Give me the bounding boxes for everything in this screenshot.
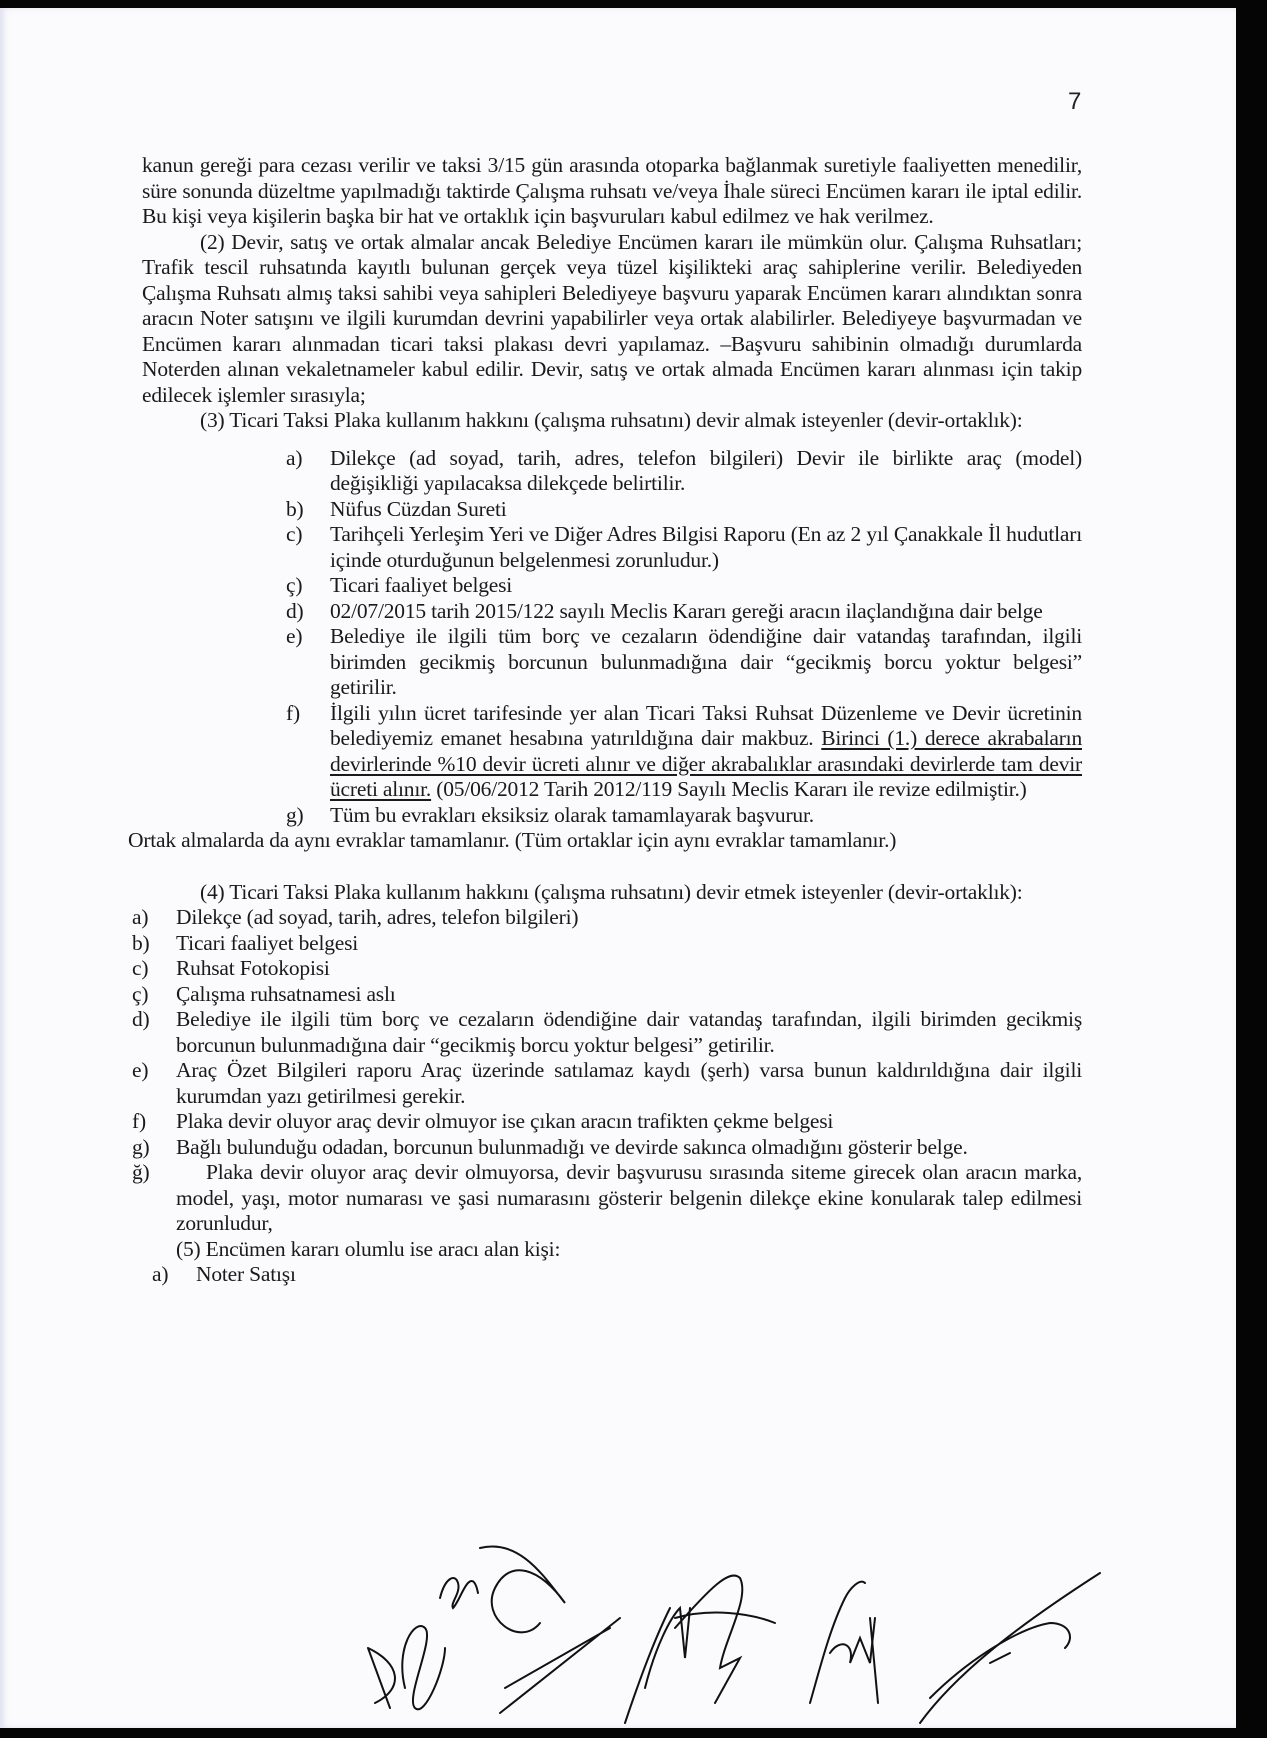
list-item: a)Dilekçe (ad soyad, tarih, adres, telef… xyxy=(286,446,1082,497)
section-3-list: a)Dilekçe (ad soyad, tarih, adres, telef… xyxy=(286,446,1082,829)
section-3-footer: Ortak almalarda da aynı evraklar tamamla… xyxy=(128,828,1082,854)
signature-2 xyxy=(625,1575,775,1723)
section-3-heading: (3) Ticari Taksi Plaka kullanım hakkını … xyxy=(142,408,1082,434)
list-item: f)Plaka devir oluyor araç devir olmuyor … xyxy=(132,1109,1082,1135)
document-page: 7 kanun gereği para cezası verilir ve ta… xyxy=(0,8,1236,1728)
section-5-list: a)Noter Satışı xyxy=(152,1262,1082,1288)
list-item: c)Tarihçeli Yerleşim Yeri ve Diğer Adres… xyxy=(286,522,1082,573)
list-item: d)Belediye ile ilgili tüm borç ve cezala… xyxy=(132,1007,1082,1058)
list-item: a)Dilekçe (ad soyad, tarih, adres, telef… xyxy=(132,905,1082,931)
intro-paragraph: kanun gereği para cezası verilir ve taks… xyxy=(142,153,1082,230)
list-item: ç)Çalışma ruhsatnamesi aslı xyxy=(132,982,1082,1008)
list-item: a)Noter Satışı xyxy=(152,1262,1082,1288)
signature-1 xyxy=(368,1546,620,1713)
list-item: g)Tüm bu evrakları eksiksiz olarak tamam… xyxy=(286,803,1082,829)
signatures xyxy=(330,1488,1250,1728)
list-item: f)İlgili yılın ücret tarifesinde yer ala… xyxy=(286,701,1082,803)
section-5-heading: (5) Encümen kararı olumlu ise aracı alan… xyxy=(176,1237,1082,1263)
list-item: e)Belediye ile ilgili tüm borç ve cezala… xyxy=(286,624,1082,701)
signature-4 xyxy=(920,1573,1100,1723)
list-item: b)Ticari faaliyet belgesi xyxy=(132,931,1082,957)
list-item: g)Bağlı bulunduğu odadan, borcunun bulun… xyxy=(132,1135,1082,1161)
signature-3 xyxy=(810,1582,878,1703)
section-4-list: a)Dilekçe (ad soyad, tarih, adres, telef… xyxy=(132,905,1082,1237)
section-4-heading: (4) Ticari Taksi Plaka kullanım hakkını … xyxy=(142,880,1082,906)
list-item: d)02/07/2015 tarih 2015/122 sayılı Mecli… xyxy=(286,599,1082,625)
list-item: b)Nüfus Cüzdan Sureti xyxy=(286,497,1082,523)
document-body: kanun gereği para cezası verilir ve taks… xyxy=(142,153,1082,1288)
list-item: ç)Ticari faaliyet belgesi xyxy=(286,573,1082,599)
list-item: ğ)Plaka devir oluyor araç devir olmuyors… xyxy=(132,1160,1082,1237)
list-item: c)Ruhsat Fotokopisi xyxy=(132,956,1082,982)
page-number: 7 xyxy=(1068,88,1081,116)
section-2-paragraph: (2) Devir, satış ve ortak almalar ancak … xyxy=(142,230,1082,409)
list-item: e)Araç Özet Bilgileri raporu Araç üzerin… xyxy=(132,1058,1082,1109)
